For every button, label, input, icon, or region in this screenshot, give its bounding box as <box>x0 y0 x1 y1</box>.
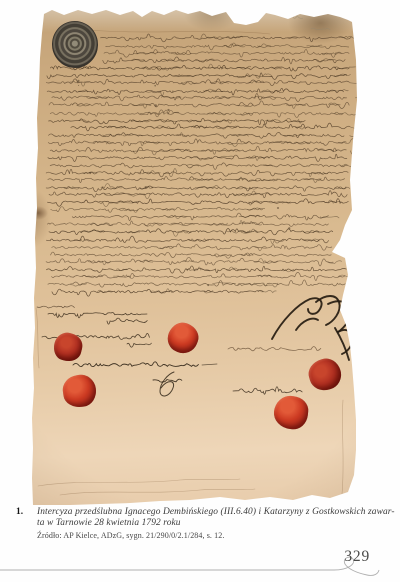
page-footer: 329 <box>0 545 400 582</box>
book-page: 1. Intercyza przedślubna Ignacego Dembiń… <box>0 0 400 582</box>
manuscript-photo <box>30 8 360 508</box>
caption-line-2: ta w Tarnowie 28 kwietnia 1792 roku <box>37 518 391 529</box>
manuscript-handwriting <box>30 8 360 508</box>
figure-caption: 1. Intercyza przedślubna Ignacego Dembiń… <box>16 507 391 540</box>
footer-flourish <box>0 545 400 582</box>
caption-body: Intercyza przedślubna Ignacego Dembiński… <box>37 507 391 540</box>
caption-number: 1. <box>16 507 23 517</box>
caption-source: Źródło: AP Kielce, ADzG, sygn. 21/290/0/… <box>37 531 391 541</box>
caption-line-1: Intercyza przedślubna Ignacego Dembiński… <box>37 507 391 518</box>
page-number: 329 <box>344 548 370 566</box>
